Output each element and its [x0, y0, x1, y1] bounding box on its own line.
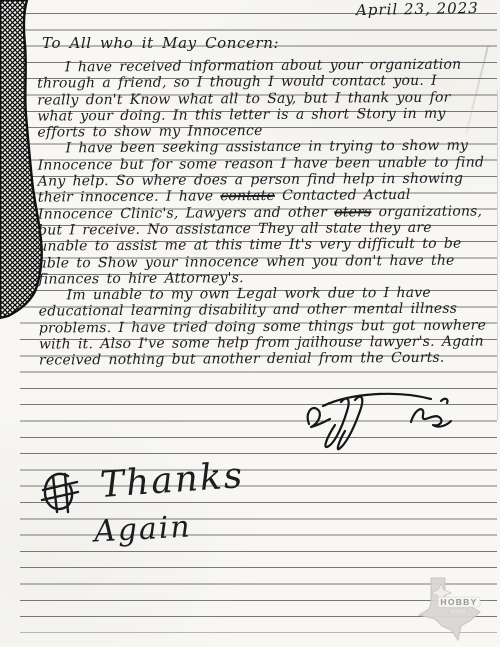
letter-salutation: To All who it May Concern: — [42, 34, 279, 52]
letter-date: April 23, 2023 — [356, 0, 479, 19]
scanned-letter-page: April 23, 2023 To All who it May Concern… — [0, 0, 500, 647]
crossed-out-scribble — [40, 470, 80, 516]
paper-edge — [497, 90, 498, 420]
crossed-out-word: oters — [334, 204, 371, 220]
closing-again: Again — [93, 509, 192, 549]
crossed-out-word: contate — [220, 188, 275, 204]
paragraph-3-text: Im unable to my own Legal work due to I … — [39, 285, 486, 369]
signature-scrawl — [295, 390, 453, 458]
closing-thanks: Thanks — [99, 455, 246, 506]
paragraph-1: I have received information about your o… — [37, 56, 486, 141]
brand-label: HOBBY — [440, 597, 477, 607]
torn-edge-shape — [0, 0, 42, 318]
hobby-texas-watermark: HOBBY — [414, 576, 494, 644]
letter-body: I have received information about your o… — [37, 56, 487, 369]
paragraph-3: Im unable to my own Legal work due to I … — [39, 285, 488, 370]
paragraph-2: I have been seeking assistance in trying… — [37, 138, 486, 288]
banner-ribbon — [448, 609, 468, 614]
paragraph-1-text: I have received information about your o… — [37, 57, 461, 141]
